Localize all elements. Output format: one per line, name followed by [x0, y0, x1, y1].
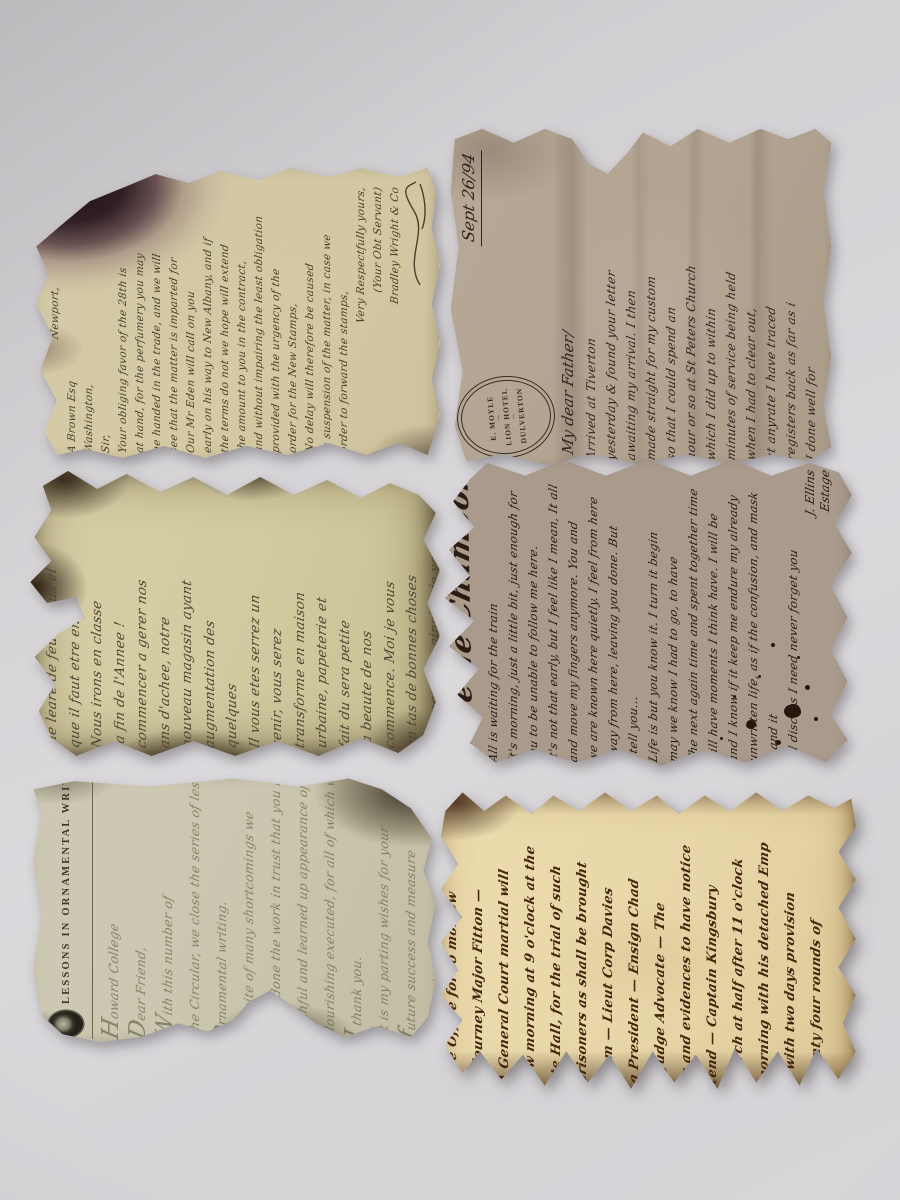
dulverton-letter-content: E. MOYLE — LION HOTEL — DULVERTON Sept 2… [455, 130, 823, 460]
handwriting-line: provided with the urgency of the [268, 172, 285, 455]
court-martial-orders-paper: olde Office for to morrowAdjourney Major… [428, 783, 860, 1095]
handwriting-line: order to forward the stamps, [336, 172, 353, 455]
handwriting-line: so that I could spend an [661, 128, 681, 462]
letter-header-row: E. MOYLE — LION HOTEL — DULVERTON Sept 2… [455, 130, 555, 460]
handwriting-line: fait du sera petite [334, 474, 357, 750]
handwriting-line: hour or so at St Peters Church [681, 128, 701, 462]
handwriting-line: Newport, [47, 172, 64, 455]
handwriting-line: will have moments I think have. I will b… [703, 458, 723, 765]
handwriting-line: The next again time and spent together t… [683, 458, 703, 765]
court-martial-orders-content: olde Office for to morrowAdjourney Major… [440, 794, 848, 1084]
handwriting-line: A General Court martial will [492, 791, 518, 1087]
lion-hotel-stamp: E. MOYLE — LION HOTEL — DULVERTON [454, 372, 559, 462]
letter-heading: Gare de Chambord [440, 455, 479, 764]
handwriting-line: awaiting my arrival. I then [621, 128, 641, 462]
handwriting-line: me leare de feu il vous el [41, 474, 64, 750]
handwriting-line: row morning at 9 o'clock at the [518, 791, 544, 1087]
ornamental-writing-sheet: LESSONS IN ORNAMENTAL WRITING Howard Col… [25, 773, 440, 1045]
handwriting-line: en tas de bonnes choses [401, 474, 424, 750]
masthead-band: LESSONS IN ORNAMENTAL WRITING [41, 779, 93, 1039]
handwriting-line: when I had to clear out, [741, 128, 761, 462]
ink-splatter [797, 656, 800, 659]
handwriting-line: nouveau magasin ayant [176, 474, 199, 750]
handwriting-line: I thank you. [342, 776, 369, 1042]
handwriting-line: registers back as far as i [781, 128, 801, 462]
handwriting-line: see that the matter is imparted for [166, 172, 183, 455]
handwriting-lines: Arrived at Tivertonyesterday & found you… [581, 130, 821, 460]
handwriting-line: tend — Captain Kingsbury [700, 791, 726, 1087]
handwriting-line: It is my parting wishes for your [369, 776, 396, 1042]
ink-splatter [720, 737, 723, 740]
handwriting-line: e Judge Advocate — The [648, 791, 674, 1087]
gare-de-chambord-content: Gare de Chambord All is waiting for the … [443, 460, 845, 762]
handwriting-line: Washington, [81, 172, 98, 455]
handwriting-line: may we know I had to go, to have [663, 458, 683, 765]
newport-letter-sheet: Newport,A Brown EsqWashington,Sir,Your o… [28, 162, 440, 464]
handwriting-line: the Circular, we close the series of les… [180, 776, 207, 1042]
handwriting-line: A Brown Esq [64, 172, 81, 455]
handwriting-line: ans d'achee, notre [154, 474, 177, 750]
handwriting-lines: olde Office for to morrowAdjourney Major… [440, 794, 830, 1084]
handwriting-line: the terms do not we hope will extend [217, 172, 234, 455]
signature-flourish-icon [402, 179, 428, 289]
handwriting-line: you to be unable to follow me here. [523, 458, 543, 765]
handwriting-lines: me leare de feu il vous elque il faut et… [41, 476, 446, 748]
french-letter-paper: me leare de feu il vous elque il faut et… [22, 462, 440, 762]
stamp-divider: — [496, 414, 501, 420]
handwriting-line: Very Respectfully yours, [353, 172, 370, 455]
handwriting-line: venir, vous serez [266, 474, 289, 750]
handwriting-line: Arrived at Tiverton [581, 128, 601, 462]
handwriting-line: and move my fingers anymore. You and [563, 458, 583, 765]
handwriting-line: flourishing executed, for all of which w… [315, 776, 342, 1042]
handwriting-line: them — Lieut Corp Davies [596, 791, 622, 1087]
handwriting-line: March at half after 11 o'clock [726, 791, 752, 1087]
handwriting-line: I'll discuss I need never forget you [783, 458, 803, 765]
handwriting-line: minutes of service being held [721, 128, 741, 462]
handwriting-lines: Howard CollegeDear Friend,With this numb… [99, 779, 450, 1039]
handwriting-line: olde Office for to morrow [440, 791, 466, 1087]
handwriting-line: la fin de l'Annee ! [109, 474, 132, 750]
handwriting-line: Il vous etes serrez un [244, 474, 267, 750]
handwriting-line: es and evidences to have notice [674, 791, 700, 1087]
handwriting-line: augmentation des [199, 474, 222, 750]
ornamental-writing-paper: LESSONS IN ORNAMENTAL WRITING Howard Col… [25, 773, 440, 1045]
handwriting-line: unwritten life, as if the confusion, and… [743, 458, 763, 765]
portrait-oval-icon [49, 1011, 83, 1037]
handwriting-line: With this number of [153, 776, 180, 1042]
handwriting-line: Dear Friend, [126, 776, 153, 1042]
dulverton-letter-sheet: E. MOYLE — LION HOTEL — DULVERTON Sept 2… [443, 122, 835, 468]
handwriting-line: yesterday & found your letter [601, 128, 621, 462]
french-letter-sheet: me leare de feu il vous elque il faut et… [22, 462, 440, 762]
handwriting-line: which I did up to within [701, 128, 721, 462]
letter-salutation: My dear Father/ [559, 128, 577, 456]
handwriting-line: ornamental writing. [207, 776, 234, 1042]
handwriting-line: urbaine, papeterie et [311, 474, 334, 750]
handwriting-line: we are known here quietly. I feel from h… [583, 458, 603, 765]
handwriting-line: In spite of many shortcomings we [234, 776, 261, 1042]
handwriting-line: at anyrate I have traced [761, 128, 781, 462]
handwriting-line: be handed in the trade, and we will [149, 172, 166, 455]
ink-splatter [814, 717, 818, 721]
handwriting-line: morning with his detached Emp [752, 791, 778, 1087]
handwriting-lines: All is waiting for the trainIt's morning… [483, 460, 803, 762]
handwriting-line: It's not that early, but I feel like I m… [543, 458, 563, 765]
handwriting-line: Howard College [99, 776, 126, 1042]
newport-letter-paper: Newport,A Brown EsqWashington,Sir,Your o… [28, 162, 440, 464]
handwriting-line: transforme en maison [289, 474, 312, 750]
letter-signature: Estage [818, 458, 833, 763]
ornamental-writing-content: LESSONS IN ORNAMENTAL WRITING Howard Col… [41, 779, 425, 1039]
handwriting-line: (Your Obt Servant) [370, 172, 387, 455]
handwriting-line: early on his way to New Albany, and if [200, 172, 217, 455]
handwriting-line: Life is but you know it. I turn it begin [643, 458, 663, 765]
handwriting-line: quelques [221, 474, 244, 750]
stamp-text: DULVERTON [514, 387, 528, 443]
handwriting-line: have done the work in trust that you hav… [261, 776, 288, 1042]
handwriting-line: and without impairing the least obligati… [251, 172, 268, 455]
letter-date: Sept 26/94 [459, 146, 482, 247]
handwriting-line: d with two days provision [778, 791, 804, 1087]
handwriting-line: prisoners as shall be brought [570, 791, 596, 1087]
handwriting-line: I done well for [801, 128, 821, 462]
handwriting-line: future success and measure [396, 776, 423, 1042]
masthead-title: LESSONS IN ORNAMENTAL WRITING [60, 749, 71, 1004]
handwriting-line: twenty four rounds of [804, 791, 830, 1087]
handwriting-line: Nous irons en classe [86, 474, 109, 750]
handwriting-line: in suspension of the matter, in case we [319, 172, 336, 455]
handwriting-line: it and it [763, 458, 783, 765]
handwriting-line: I tell you... [623, 458, 643, 765]
handwriting-line: Adjourney Major Fitton — [466, 791, 492, 1087]
handwriting-line: Sir, [98, 172, 115, 455]
handwriting-line: the amount to you in the contract, [234, 172, 251, 455]
handwriting-line: Our Mr Eden will call on you [183, 172, 200, 455]
handwriting-line: at hand, for the perfumery you may [132, 172, 149, 455]
handwriting-line: order for the New Stamps, [285, 172, 302, 455]
handwriting-line: and I know if it keep me endure my alrea… [723, 458, 743, 765]
gare-de-chambord-paper: Gare de Chambord All is waiting for the … [432, 450, 856, 772]
french-letter-content: me leare de feu il vous elque il faut et… [41, 476, 421, 748]
handwriting-line: No delay will therefore be caused [302, 172, 319, 455]
handwriting-line: made straight for my custom [641, 128, 661, 462]
handwriting-line: Your obliging favor of the 28th is [115, 172, 132, 455]
photo-of-vintage-letters: Newport,A Brown EsqWashington,Sir,Your o… [0, 0, 900, 1200]
newport-letter-content: Newport,A Brown EsqWashington,Sir,Your o… [47, 173, 421, 453]
court-martial-orders-sheet: olde Office for to morrowAdjourney Major… [428, 783, 860, 1095]
handwriting-line: away from here, leaving you done. But [603, 458, 623, 765]
handwriting-line: All is waiting for the train [483, 458, 503, 765]
handwriting-lines: Newport,A Brown EsqWashington,Sir,Your o… [47, 173, 404, 453]
handwriting-line: commencer a gerer nos [131, 474, 154, 750]
handwriting-line: g President — Ensign Chad [622, 791, 648, 1087]
handwriting-line: la beaute de nos [356, 474, 379, 750]
dulverton-letter-paper: E. MOYLE — LION HOTEL — DULVERTON Sept 2… [443, 122, 835, 468]
handwriting-line: commence. Moi je vous [379, 474, 402, 750]
handwriting-line: que il faut etre en J [64, 474, 87, 750]
gare-de-chambord-sheet: Gare de Chambord All is waiting for the … [432, 450, 856, 772]
handwriting-line: It's morning, just a little bit, just en… [503, 458, 523, 765]
ink-splatter [733, 695, 736, 698]
handwriting-line: faithful and learned up appearance of of… [288, 776, 315, 1042]
ink-splatter [784, 704, 801, 718]
handwriting-line: Bradley Wright & Co [387, 172, 404, 455]
stamp-divider: — [511, 413, 516, 419]
handwriting-line: ate Hall, for the trial of such [544, 791, 570, 1087]
